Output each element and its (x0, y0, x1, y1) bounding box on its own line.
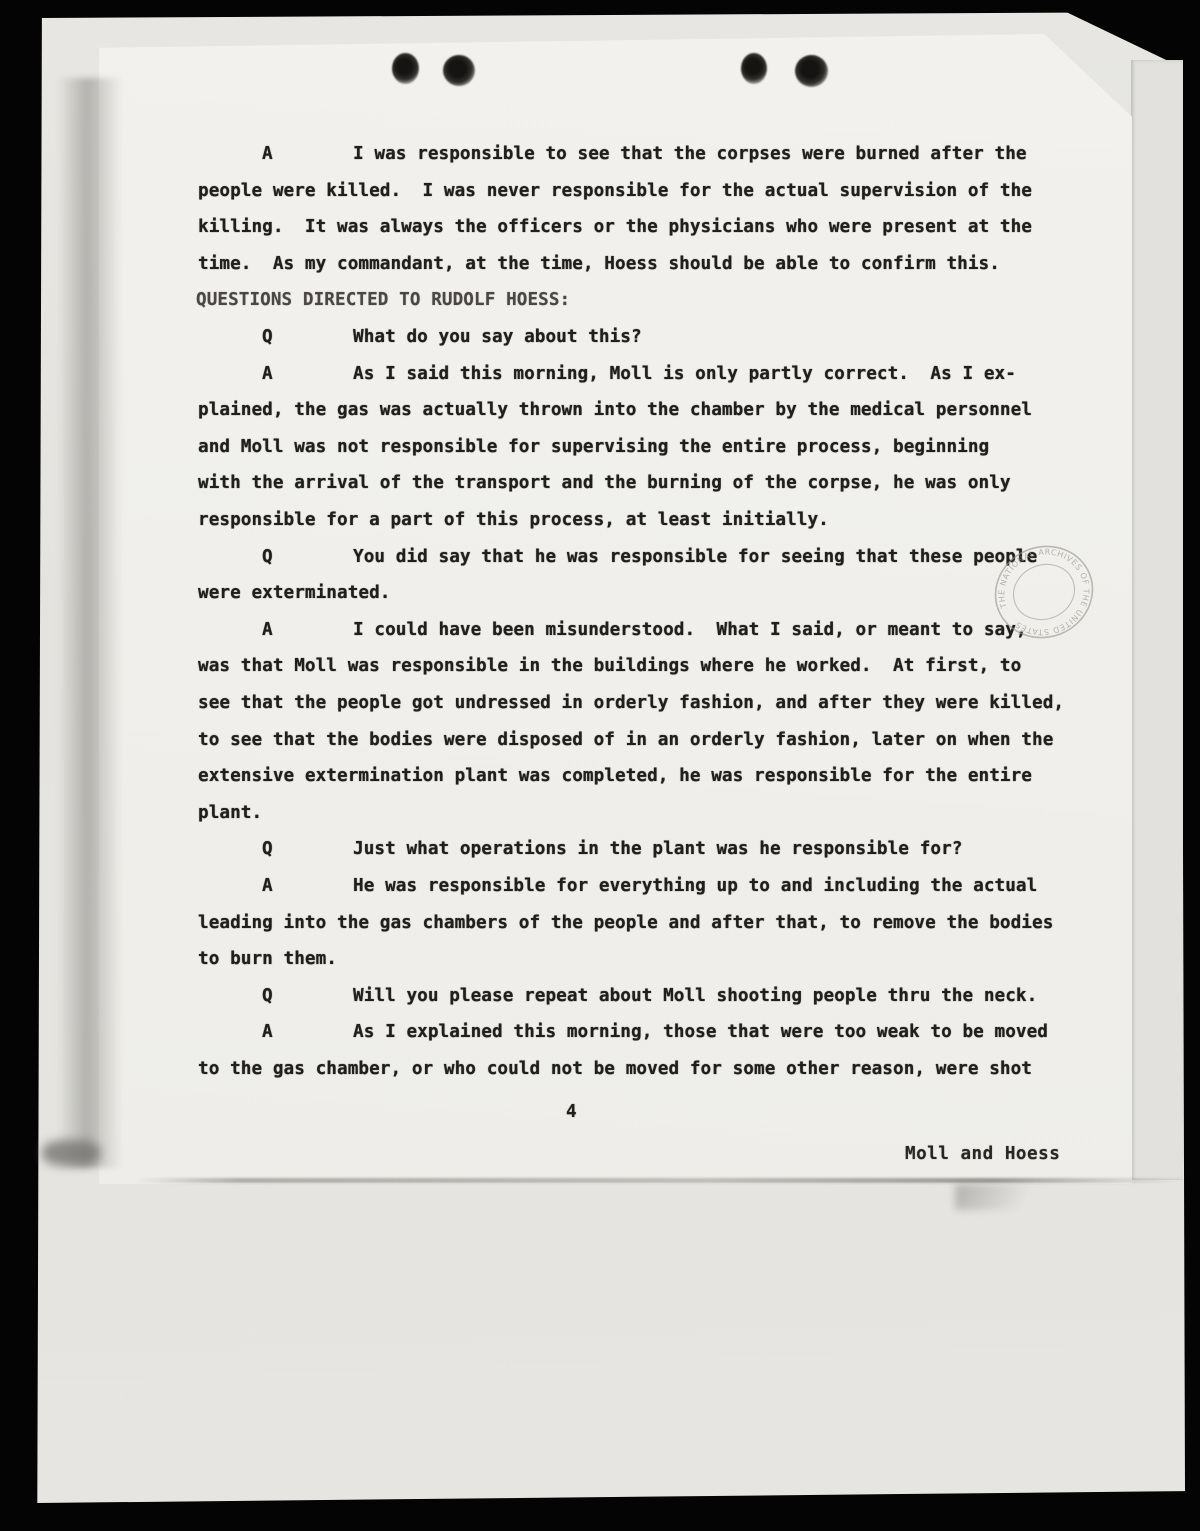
line-text: What do you say about this? (353, 329, 642, 347)
line-text: were exterminated. (198, 585, 390, 603)
line-text: I could have been misunderstood. What I … (353, 622, 1027, 640)
punch-hole-mark (443, 55, 475, 86)
line-text: see that the people got undressed in ord… (198, 695, 1064, 713)
line-text: I was responsible to see that the corpse… (353, 146, 1027, 164)
shadow-blob (42, 1140, 100, 1166)
svg-text:THE NATIONAL ARCHIVES OF THE U: THE NATIONAL ARCHIVES OF THE UNITED STAT… (984, 534, 1104, 651)
line-text: plained, the gas was actually thrown int… (198, 402, 1032, 420)
line-text: with the arrival of the transport and th… (198, 475, 1011, 493)
fold-shadow (58, 78, 122, 1168)
line-text: QUESTIONS DIRECTED TO RUDOLF HOESS: (196, 292, 570, 310)
line-text: people were killed. I was never responsi… (198, 183, 1032, 201)
speaker-label: Q (262, 329, 273, 347)
line-text: leading into the gas chambers of the peo… (198, 915, 1053, 933)
line-text: time. As my commandant, at the time, Hoe… (198, 256, 1000, 274)
transcript-body: AI was responsible to see that the corps… (198, 146, 1083, 1136)
line-text: plant. (198, 805, 262, 823)
line-text: Just what operations in the plant was he… (353, 841, 962, 859)
speaker-label: A (262, 878, 273, 896)
speaker-label: A (262, 1024, 273, 1042)
line-text: to see that the bodies were disposed of … (198, 732, 1053, 750)
scan-scene: AI was responsible to see that the corps… (0, 0, 1200, 1531)
line-text: responsible for a part of this process, … (198, 512, 829, 530)
page-bottom-edge (136, 1178, 1180, 1183)
punch-hole-mark (392, 53, 419, 84)
page-number: 4 (566, 1104, 577, 1122)
line-text: to the gas chamber, or who could not be … (198, 1061, 1032, 1079)
line-text: killing. It was always the officers or t… (198, 219, 1032, 237)
edge-smear (955, 1184, 1055, 1210)
punch-hole-mark (741, 53, 767, 84)
line-text: Will you please repeat about Moll shooti… (353, 988, 1037, 1006)
line-text: was that Moll was responsible in the bui… (198, 658, 1021, 676)
line-text: and Moll was not responsible for supervi… (198, 439, 989, 457)
line-text: to burn them. (198, 951, 337, 969)
footer-reference: Moll and Hoess (905, 1146, 1060, 1164)
underlying-sheet-edge (1131, 60, 1183, 1180)
line-text: As I explained this morning, those that … (353, 1024, 1048, 1042)
speaker-label: A (262, 622, 273, 640)
speaker-label: Q (262, 841, 273, 859)
speaker-label: A (262, 146, 273, 164)
line-text: You did say that he was responsible for … (353, 549, 1037, 567)
speaker-label: A (262, 366, 273, 384)
line-text: extensive extermination plant was comple… (198, 768, 1032, 786)
line-text: He was responsible for everything up to … (353, 878, 1037, 896)
speaker-label: Q (262, 549, 273, 567)
stamp-text: THE NATIONAL ARCHIVES OF THE UNITED STAT… (984, 534, 1104, 651)
punch-hole-mark (795, 55, 828, 87)
speaker-label: Q (262, 988, 273, 1006)
line-text: As I said this morning, Moll is only par… (353, 366, 1016, 384)
